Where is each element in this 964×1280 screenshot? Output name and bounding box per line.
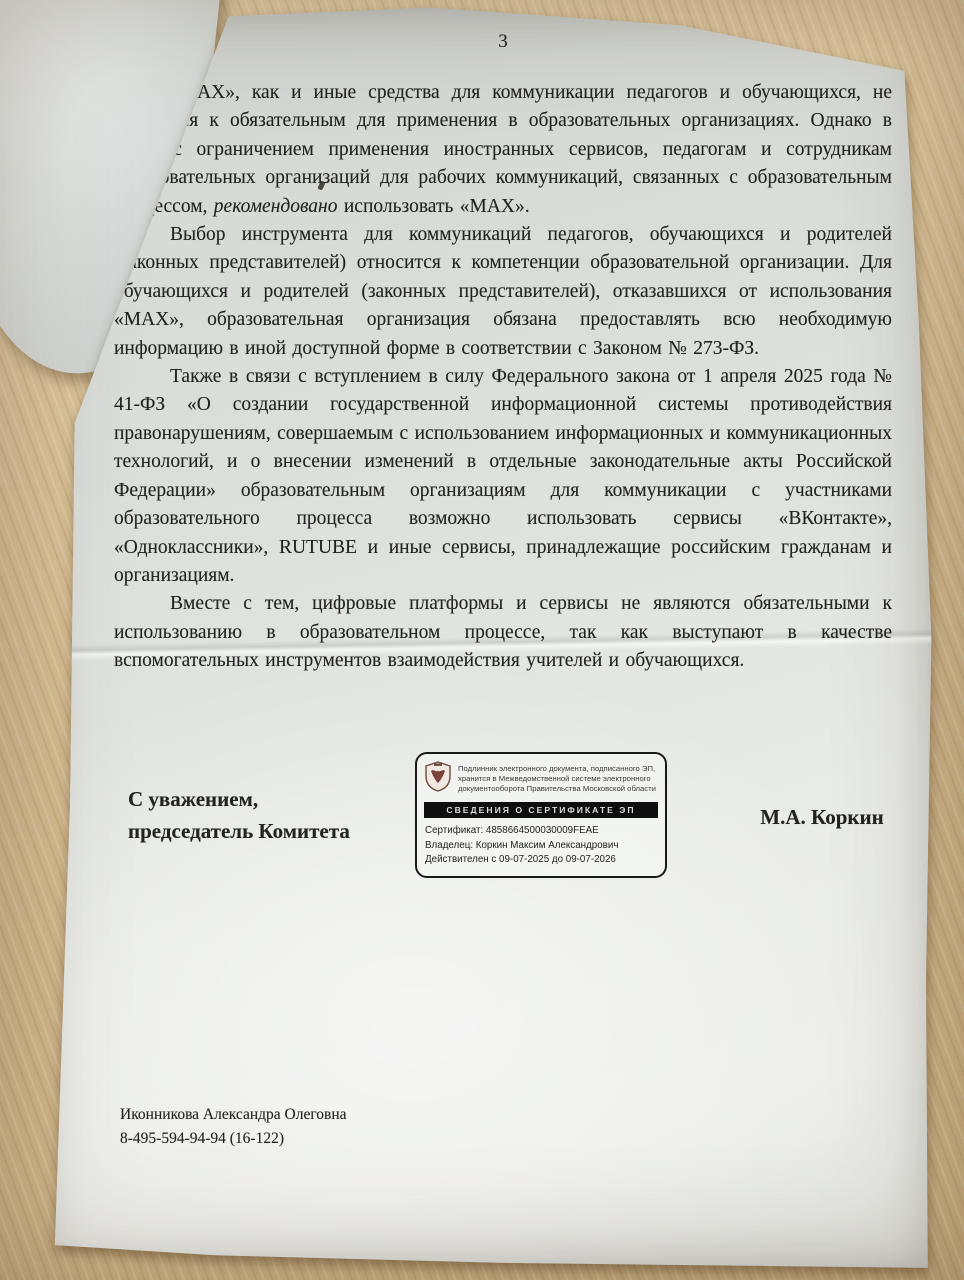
certificate-info-header: СВЕДЕНИЯ О СЕРТИФИКАТЕ ЭП [424, 802, 658, 818]
letter-page: 3 «MAX», как и иные средства для коммуни… [35, 5, 935, 1273]
closing-line-2: председатель Комитета [128, 815, 350, 847]
certificate-validity: Действителен с 09-07-2025 до 09-07-2026 [425, 853, 657, 868]
paragraph-4: Вместе с тем, цифровые платформы и серви… [114, 590, 892, 675]
stamp-origin-line-3: документооборота Правительства Московско… [458, 784, 656, 794]
letter-page-wrap: 3 «MAX», как и иные средства для коммуни… [0, 0, 964, 1280]
certificate-number: Сертификат: 4858664500030009FEAE [425, 824, 657, 839]
coat-of-arms-icon [425, 761, 451, 797]
executor-name: Иконникова Александра Олеговна [120, 1103, 347, 1127]
executor-phone: 8-495-594-94-94 (16-122) [120, 1127, 347, 1151]
paragraph-3: Также в связи с вступлением в силу Федер… [114, 363, 892, 590]
letter-content: 3 «MAX», как и иные средства для коммуни… [35, 5, 935, 1273]
signatory-name: М.А. Коркин [697, 805, 947, 830]
signature-closing: С уважением, председатель Комитета [128, 783, 350, 847]
photo-scene: 3 «MAX», как и иные средства для коммуни… [0, 0, 964, 1280]
letter-body: 3 «MAX», как и иные средства для коммуни… [114, 31, 892, 676]
paragraph-1-italic-word: рекомендовано [214, 196, 338, 217]
stamp-origin-line-2: хранится в Межведомственной системе элек… [458, 774, 656, 784]
digital-signature-stamp: Подлинник электронного документа, подпис… [415, 752, 667, 878]
paragraph-1-tail: использовать «MAX». [337, 196, 529, 217]
stamp-header: Подлинник электронного документа, подпис… [425, 761, 657, 797]
paragraph-2: Выбор инструмента для коммуникаций педаг… [114, 221, 892, 363]
page-number: 3 [114, 31, 892, 53]
stamp-origin-line-1: Подлинник электронного документа, подпис… [458, 764, 656, 774]
executor-block: Иконникова Александра Олеговна 8-495-594… [120, 1103, 347, 1151]
certificate-owner: Владелец: Коркин Максим Александрович [425, 839, 657, 854]
stamp-origin-text: Подлинник электронного документа, подпис… [458, 764, 656, 793]
closing-line-1: С уважением, [128, 783, 350, 815]
paragraph-1: «MAX», как и иные средства для коммуника… [114, 79, 892, 221]
